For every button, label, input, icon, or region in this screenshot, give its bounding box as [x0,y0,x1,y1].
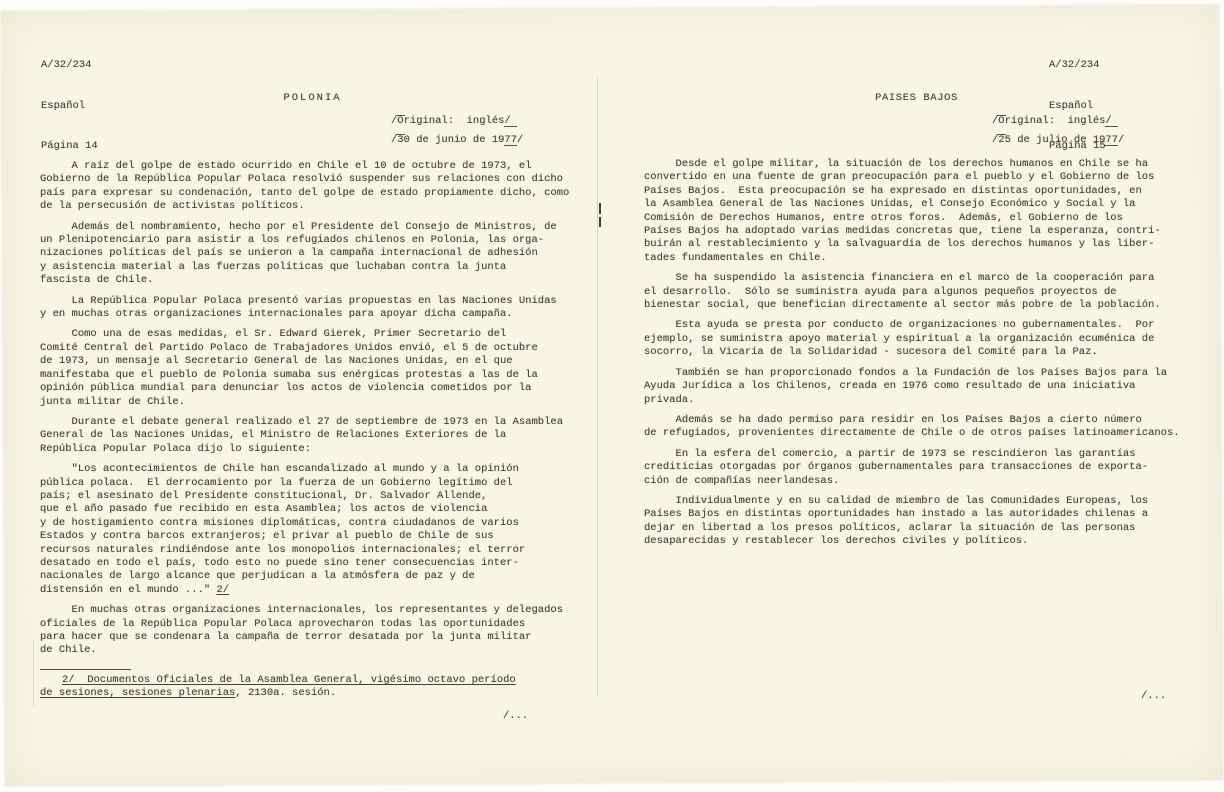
original-language-note: /Original: inglés/ [992,115,1124,128]
paragraph: A raíz del golpe de estado ocurrido en C… [40,160,590,214]
paragraph: La República Popular Polaca presentó var… [40,295,590,322]
quote-text: "Los acontecimientos de Chile han escand… [40,463,525,596]
document-symbol: A/32/234 [41,59,98,73]
paragraph: Además del nombramiento, hecho por el Pr… [40,221,590,288]
paragraph: Además se ha dado permiso para residir e… [644,414,1194,441]
paragraph: Como una de esas medidas, el Sr. Edward … [40,328,590,408]
document-scan: A/32/234 Español Página 14 POLONIA /Orig… [0,0,1224,792]
paragraph: Se ha suspendido la asistencia financier… [644,272,1194,312]
footnote-reference: 2/ [216,584,229,596]
page14-header: A/32/234 Español Página 14 [41,32,98,181]
paragraph: Desde el golpe militar, la situación de … [644,158,1194,265]
footnote: 2/ Documentos Oficiales de la Asamblea G… [40,674,590,701]
block-quote: "Los acontecimientos de Chile han escand… [40,463,590,597]
page15-title: PAISES BAJOS [644,92,1189,105]
date-note: /25 de julio de 1977/ [992,134,1124,147]
original-language-note: /Original: inglés/ [391,115,523,128]
date-note: /30 de junio de 1977/ [391,134,523,147]
paragraph: Individualmente y en su calidad de miemb… [644,495,1194,549]
paragraph: También se han proporcionado fondos a la… [644,367,1194,407]
page-number-label: Página 14 [41,140,98,154]
footnote-separator-rule [40,669,131,670]
document-symbol: A/32/234 [1049,59,1106,73]
page14-title: POLONIA [40,92,585,105]
page15-original-notes: /Original: inglés/ /25 de julio de 1977/ [992,115,1124,153]
page14-original-notes: /Original: inglés/ /30 de junio de 1977/ [391,115,523,153]
paragraph: En la esfera del comercio, a partir de 1… [644,448,1194,488]
page14-continuation-marker: /... [503,710,528,723]
paragraph: Esta ayuda se presta por conducto de org… [644,319,1194,359]
page14-body: A raíz del golpe de estado ocurrido en C… [40,160,590,665]
paragraph: Durante el debate general realizado el 2… [40,416,590,456]
page15-continuation-marker: /... [1141,690,1166,703]
page15-body: Desde el golpe militar, la situación de … [644,158,1194,556]
footnote-suffix: , 2130a. sesión. [235,687,336,699]
paragraph: En muchas otras organizaciones internaci… [40,604,590,658]
